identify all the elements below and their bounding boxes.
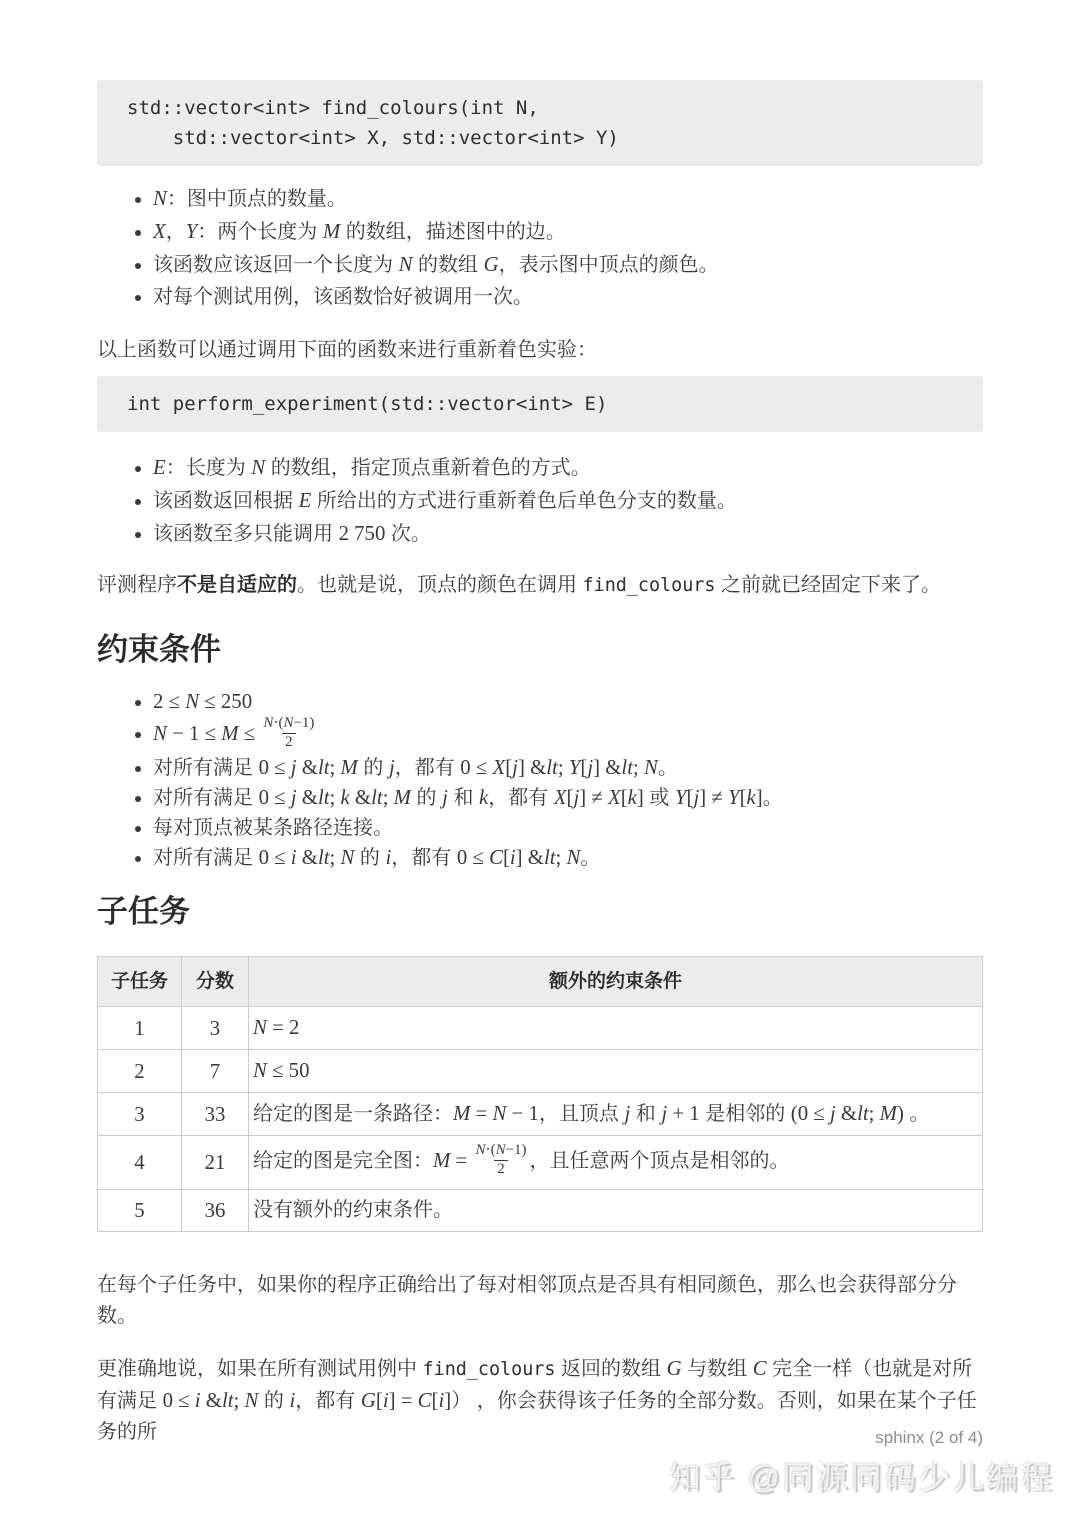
constraints-list: 2 ≤ N ≤ 250N − 1 ≤ M ≤ N⋅(N−1)2对所有满足 0 ≤… [97, 687, 983, 873]
score-cell: 36 [182, 1189, 249, 1231]
subtasks-table: 子任务分数额外的约束条件 13N = 227N ≤ 50333给定的图是一条路径… [97, 956, 983, 1231]
subtask-number-cell: 3 [98, 1093, 182, 1136]
page-footer: sphinx (2 of 4) [875, 1428, 983, 1448]
subtask-number-cell: 4 [98, 1136, 182, 1189]
list-item: 对每个测试用例，该函数恰好被调用一次。 [153, 282, 983, 313]
list-item: 对所有满足 0 ≤ i &lt; N 的 i，都有 0 ≤ C[i] &lt; … [153, 843, 983, 873]
list-item: N − 1 ≤ M ≤ N⋅(N−1)2 [153, 717, 983, 753]
list-item: 每对顶点被某条路径连接。 [153, 813, 983, 843]
page: { "page": { "footer": "sphinx (2 of 4)",… [0, 0, 1080, 1527]
score-cell: 21 [182, 1136, 249, 1189]
list-item: 对所有满足 0 ≤ j &lt; M 的 j，都有 0 ≤ X[j] &lt; … [153, 753, 983, 783]
list-item: 该函数返回根据 E 所给出的方式进行重新着色后单色分支的数量。 [153, 485, 983, 517]
paragraph-exact-score: 更准确地说，如果在所有测试用例中 find_colours 返回的数组 G 与数… [97, 1353, 983, 1448]
list-item: X，Y：两个长度为 M 的数组，描述图中的边。 [153, 216, 983, 248]
list-item: E：长度为 N 的数组，指定顶点重新着色的方式。 [153, 452, 983, 484]
code-block-perform-experiment: int perform_experiment(std::vector<int> … [97, 376, 983, 432]
table-row: 536没有额外的约束条件。 [98, 1189, 983, 1231]
subtasks-table-body: 13N = 227N ≤ 50333给定的图是一条路径：M = N − 1，且顶… [98, 1007, 983, 1231]
paragraph-recolour-intro: 以上函数可以通过调用下面的函数来进行重新着色实验： [97, 335, 983, 366]
list-item: 2 ≤ N ≤ 250 [153, 687, 983, 717]
paragraph-not-adaptive: 评测程序不是自适应的。也就是说，顶点的颜色在调用 find_colours 之前… [97, 570, 983, 601]
subtasks-table-head: 子任务分数额外的约束条件 [98, 957, 983, 1007]
list-item: 对所有满足 0 ≤ j &lt; k &lt; M 的 j 和 k，都有 X[j… [153, 783, 983, 813]
score-cell: 7 [182, 1050, 249, 1093]
table-row: 13N = 2 [98, 1007, 983, 1050]
score-cell: 33 [182, 1093, 249, 1136]
table-header-cell: 额外的约束条件 [249, 957, 983, 1007]
heading-constraints: 约束条件 [97, 633, 983, 667]
constraint-cell: N = 2 [249, 1007, 983, 1050]
code-block-find-colours: std::vector<int> find_colours(int N, std… [97, 80, 983, 166]
table-header-cell: 分数 [182, 957, 249, 1007]
table-row: 421给定的图是完全图：M = N⋅(N−1)2，且任意两个顶点是相邻的。 [98, 1136, 983, 1189]
constraint-cell: 给定的图是完全图：M = N⋅(N−1)2，且任意两个顶点是相邻的。 [249, 1136, 983, 1189]
constraint-cell: 给定的图是一条路径：M = N − 1，且顶点 j 和 j + 1 是相邻的 (… [249, 1093, 983, 1136]
list-item: N：图中顶点的数量。 [153, 183, 983, 215]
list-item: 该函数至多只能调用 2 750 次。 [153, 518, 983, 550]
paragraph-partial-score: 在每个子任务中，如果你的程序正确给出了每对相邻顶点是否具有相同颜色，那么也会获得… [97, 1270, 983, 1332]
perform-experiment-params-list: E：长度为 N 的数组，指定顶点重新着色的方式。该函数返回根据 E 所给出的方式… [97, 452, 983, 550]
heading-subtasks: 子任务 [97, 895, 983, 929]
table-header-cell: 子任务 [98, 957, 182, 1007]
subtask-number-cell: 1 [98, 1007, 182, 1050]
watermark: 知乎 @同源同码少儿编程 [669, 1452, 1054, 1498]
table-row: 333给定的图是一条路径：M = N − 1，且顶点 j 和 j + 1 是相邻… [98, 1093, 983, 1136]
document-page: std::vector<int> find_colours(int N, std… [0, 0, 1080, 1448]
subtask-number-cell: 5 [98, 1189, 182, 1231]
subtask-number-cell: 2 [98, 1050, 182, 1093]
list-item: 该函数应该返回一个长度为 N 的数组 G，表示图中顶点的颜色。 [153, 249, 983, 281]
table-header-row: 子任务分数额外的约束条件 [98, 957, 983, 1007]
find-colours-params-list: N：图中顶点的数量。X，Y：两个长度为 M 的数组，描述图中的边。该函数应该返回… [97, 183, 983, 313]
table-row: 27N ≤ 50 [98, 1050, 983, 1093]
constraint-cell: N ≤ 50 [249, 1050, 983, 1093]
constraint-cell: 没有额外的约束条件。 [249, 1189, 983, 1231]
score-cell: 3 [182, 1007, 249, 1050]
